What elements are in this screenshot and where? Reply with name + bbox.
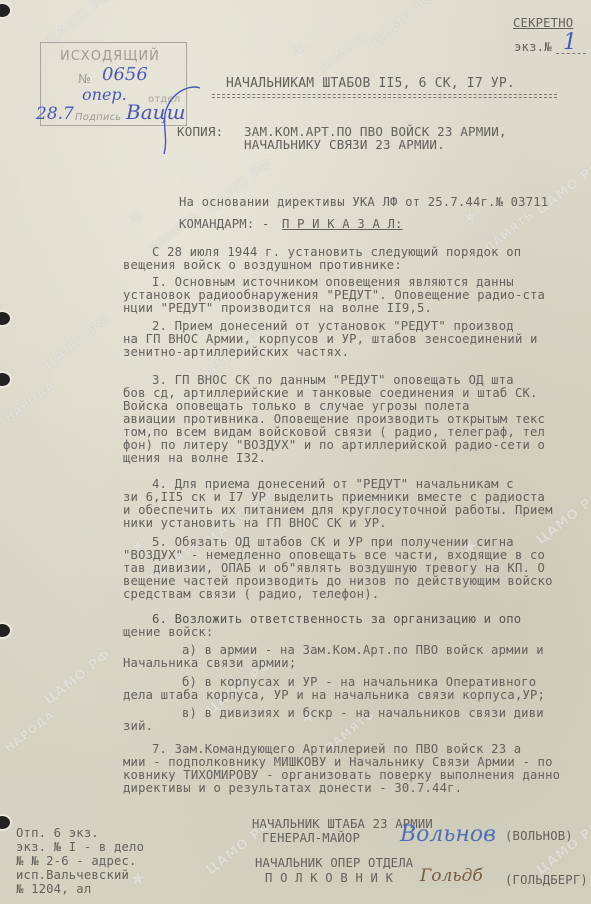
- stamp-signature-label: Подпись: [75, 111, 121, 124]
- punch-hole: [0, 312, 10, 325]
- stamp-date: 28.7: [36, 104, 74, 124]
- order-heading: П Р И К А З А Л:: [282, 218, 403, 231]
- body-line: зенитно-артиллерийских частях.: [123, 346, 349, 359]
- signature-rank: П О Л К О В Н И К: [265, 872, 393, 885]
- body-line: в) в дивизиях и бскр - на начальников св…: [182, 707, 544, 720]
- archive-watermark: ЦАМО РФ: [534, 817, 591, 878]
- addressee-underline: [212, 97, 557, 98]
- distribution-line: экз. № I - в дело: [16, 841, 144, 854]
- punch-hole: [0, 624, 10, 637]
- signature-rank: ГЕНЕРАЛ-МАЙОР: [262, 832, 360, 845]
- archive-watermark: ЦАМО РФ: [42, 312, 114, 373]
- body-line: средствам связи ( радио, телефон).: [123, 588, 379, 601]
- classification-label: СЕКРЕТНО: [513, 17, 573, 30]
- punch-hole: [0, 4, 10, 17]
- copy-number-underline: [556, 53, 586, 54]
- stamp-department: опер.: [82, 85, 127, 104]
- preamble-directive: На основании директивы УКА ЛФ от 25.7.44…: [179, 196, 548, 209]
- punch-hole: [0, 816, 10, 829]
- body-line: директивы и о результатах донести - 30.7…: [123, 782, 462, 795]
- chief-of-staff-signature: Вольнов: [400, 822, 496, 847]
- signature-stroke: [160, 84, 205, 159]
- archive-watermark: ЦАМО РФ: [42, 647, 114, 708]
- star-watermark-icon: ★: [292, 32, 308, 62]
- distribution-line: № 1204, ал: [16, 883, 91, 896]
- copy-number-label: экз.№: [514, 41, 552, 54]
- signature-name: (ГОЛЬДБЕРГ): [505, 874, 588, 887]
- project-watermark: ПАМЯТЬ: [317, 28, 372, 75]
- project-watermark: НАРОДА: [2, 708, 57, 755]
- body-line: ники установить на ГП ВНОС СК и УР.: [123, 517, 387, 530]
- distribution-line: исп.Вальчевский: [16, 869, 129, 882]
- signature-title: НАЧАЛЬНИК ОПЕР ОТДЕЛА: [255, 857, 413, 870]
- signature-name: (ВОЛЬНОВ): [505, 830, 573, 843]
- star-watermark-icon: ★: [128, 200, 144, 230]
- copy-number: 1: [563, 30, 577, 55]
- body-line: Начальника связи армии;: [123, 657, 296, 670]
- distribution-line: Отп. 6 экз.: [16, 827, 99, 840]
- addressee-underline: [212, 94, 557, 95]
- stamp-title: ИСХОДЯЩИЙ: [60, 50, 160, 63]
- body-line: зий.: [123, 720, 153, 733]
- distribution-line: № № 2-6 - адрес.: [16, 855, 137, 868]
- archive-watermark: ЦАМО РФ: [369, 0, 441, 50]
- body-line: вещения войск о воздушном противнике:: [123, 259, 402, 272]
- punch-hole: [0, 373, 10, 386]
- body-line: дела штаба корпуса, УР и на начальника с…: [123, 689, 545, 702]
- ops-chief-signature: Гольдб: [420, 866, 483, 886]
- stamp-number: 0656: [102, 64, 148, 85]
- copy-to-line: НАЧАЛЬНИКУ СВЯЗИ 23 АРМИИ.: [244, 138, 445, 151]
- body-line: щение войск:: [123, 626, 213, 639]
- archive-watermark: ЦАМО РФ: [44, 0, 116, 48]
- copy-to-label: КОПИЯ:: [177, 125, 223, 138]
- addressee: НАЧАЛЬНИКАМ ШТАБОВ II5, 6 СК, I7 УР.: [226, 77, 515, 90]
- project-watermark: НАРОДА: [2, 378, 57, 425]
- body-line: нции "РЕДУТ" производится на волне II9,5…: [123, 302, 432, 315]
- preamble-commander: КОМАНДАРМ: -: [179, 218, 269, 231]
- body-line: щения на волне I32.: [123, 452, 266, 465]
